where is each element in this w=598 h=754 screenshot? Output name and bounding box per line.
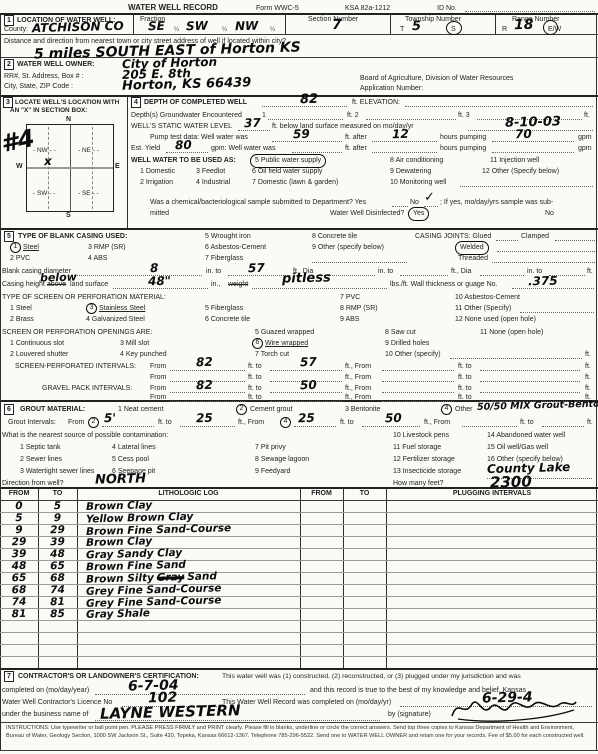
log-text: Gray Shale <box>86 607 150 621</box>
section5-number: 5 <box>4 231 14 242</box>
log-from: 39 <box>4 548 34 561</box>
screen-option-3-number: 3 <box>86 303 97 314</box>
dotted-leader <box>382 393 454 402</box>
openings-option-5: 5 Guazed wrapped <box>255 328 314 337</box>
contamination-option-8: 8 Sewage lagoon <box>255 455 309 464</box>
log-description: Gray Shale <box>86 607 156 621</box>
section2-number: 2 <box>4 59 14 70</box>
contamination-option-15: 15 Oil well/Gas well <box>487 443 548 452</box>
grout-interval-1-to: 25 <box>196 411 213 425</box>
from-label: From <box>150 393 166 402</box>
dotted-leader <box>95 686 305 695</box>
statute-ref: KSA 82a-1212 <box>345 4 390 13</box>
fraction-1-value: SE <box>148 19 165 33</box>
groundwater-1: 1 <box>262 111 266 120</box>
dotted-leader <box>460 178 593 187</box>
col-header-from-2: FROM <box>300 490 343 497</box>
chem-sample-question-wrap: mitted <box>150 209 169 218</box>
pump-test-gpm-value: 70 <box>515 127 532 141</box>
ft-from-label: ft., From <box>238 418 264 427</box>
ft-from-label: ft., From <box>345 393 371 402</box>
dotted-leader <box>405 98 593 107</box>
openings-option-4: 4 Key punched <box>120 350 167 359</box>
col-header-from: FROM <box>0 490 38 497</box>
screen-option-10: 10 Asbestos-Cement <box>455 293 520 302</box>
use-option-3: 3 Feedlot <box>196 167 225 176</box>
openings-option-1: 1 Continuous slot <box>10 339 64 348</box>
county-label: County: <box>4 25 28 34</box>
pump-test-depth-value: 59 <box>293 127 310 141</box>
form-title: WATER WELL RECORD <box>128 3 218 12</box>
chem-sample-question-2: ; If yes, mo/day/yrs sample was sub- <box>440 198 553 207</box>
disinfected-question: Water Well Disinfected? <box>330 209 404 218</box>
openings-option-9: 9 Drilled holes <box>385 339 429 348</box>
water-well-record-form: WATER WELL RECORD Form WWC-5 KSA 82a-121… <box>0 0 598 754</box>
feet-value: 2300 <box>490 472 532 491</box>
casing-height-label-1: Casing height <box>2 280 45 289</box>
casing-height-value: 48" <box>148 274 171 289</box>
ft-from-label: ft., From <box>345 384 371 393</box>
county-value: ATCHISON CO <box>32 19 124 35</box>
log-text-2: Sand <box>187 570 217 583</box>
ft-label: ft. <box>587 418 593 427</box>
casing-title: TYPE OF BLANK CASING USED: <box>18 232 127 241</box>
section4-number: 4 <box>131 97 141 108</box>
no-label: No <box>410 198 419 207</box>
pitless-value: pitless <box>282 270 331 286</box>
certification-text-1: This water well was (1) constructed, (2)… <box>222 672 521 681</box>
log-to: 39 <box>42 536 73 549</box>
dotted-leader <box>382 362 454 371</box>
screen-option-2: 2 Brass <box>10 315 34 324</box>
casing-option-7: 7 Fiberglass <box>205 254 243 263</box>
range-e-circle <box>543 20 558 35</box>
gpm-label: gpm <box>578 144 592 153</box>
well-use-label: WELL WATER TO BE USED AS: <box>131 156 236 165</box>
log-to: 85 <box>42 608 73 621</box>
log-to: 29 <box>42 524 73 537</box>
casing-joints-label: CASING JOINTS: Glued <box>415 232 491 241</box>
ft-to-label: ft. to <box>248 373 262 382</box>
ft-label: ft. <box>585 384 591 393</box>
use-option-12: 12 Other (Specify below) <box>482 167 559 176</box>
grout-option-2-number: 2 <box>236 404 247 415</box>
log-from: 5 <box>4 512 34 525</box>
dotted-leader <box>480 373 580 382</box>
screen-option-4: 4 Galvanized Steel <box>86 315 145 324</box>
screen-option-9: 9 ABS <box>340 315 359 324</box>
openings-option-3: 3 Mill slot <box>120 339 149 348</box>
log-to: 9 <box>42 512 73 525</box>
quarter-symbol: ¼ <box>174 26 179 35</box>
use-option-10: 10 Monitoring well <box>390 178 446 187</box>
dotted-leader <box>382 384 454 393</box>
joints-threaded: Threaded <box>458 254 488 263</box>
grout-interval-1-material: 2 <box>88 417 99 428</box>
ft-label: ft. <box>585 350 591 359</box>
screen-option-1: 1 Steel <box>10 304 32 313</box>
use-option-9: 9 Dewatering <box>390 167 431 176</box>
log-to: 74 <box>42 584 73 597</box>
ft-label: ft. <box>585 362 591 371</box>
casing-option-3: 3 RMP (SR) <box>88 243 126 252</box>
quadrant-sw-label: - SW - - <box>33 189 55 198</box>
fraction-2-value: SW <box>186 19 208 34</box>
screen-interval-to-value: 57 <box>300 355 317 369</box>
depth-label: DEPTH OF COMPLETED WELL <box>144 98 247 107</box>
dotted-leader <box>372 144 437 153</box>
divider <box>0 668 598 670</box>
dotted-leader <box>268 111 343 120</box>
gravel-pack-to-value: 50 <box>300 378 317 392</box>
from-label: From <box>68 418 84 427</box>
ft-to-label: ft. to <box>248 393 262 402</box>
right-border <box>596 13 597 750</box>
section7-number: 7 <box>4 671 14 682</box>
in-to-label: in. to <box>378 267 393 276</box>
license-label: Water Well Contractor's Licence No <box>2 698 112 707</box>
contamination-option-2: 2 Sewer lines <box>20 455 62 464</box>
contamination-option-5: 5 Cess pool <box>112 455 149 464</box>
est-yield-value: 80 <box>175 138 192 152</box>
screen-option-7: 7 PVC <box>340 293 360 302</box>
completed-on-label: completed on (mo/day/year) <box>2 686 89 695</box>
contamination-option-4: 4 Lateral lines <box>112 443 156 452</box>
township-s-circle <box>446 21 462 35</box>
section3-number: 3 <box>3 97 13 108</box>
guage-value: .375 <box>528 274 558 289</box>
screen-option-11: 11 Other (Specify) <box>455 304 511 313</box>
signature-scribble <box>448 694 578 722</box>
from-label: From <box>150 373 166 382</box>
agency-name: Board of Agriculture, Division of Water … <box>360 74 513 83</box>
contamination-option-9: 9 Feedyard <box>255 467 290 476</box>
screen-option-3-stainless: Stainless Steel <box>99 304 145 313</box>
log-from: 48 <box>4 560 34 573</box>
gravel-pack-label: GRAVEL PACK INTERVALS: <box>42 384 132 393</box>
section6-number: 6 <box>4 404 14 415</box>
ft-to-label: ft. to <box>520 418 534 427</box>
use-option-2: 2 Irrigation <box>140 178 173 187</box>
ft-to-label: ft. to <box>340 418 354 427</box>
static-water-level-value: 37 <box>244 116 261 130</box>
ft-to-label: ft. to <box>248 384 262 393</box>
ft-from-label: ft., From <box>345 373 371 382</box>
section1-number: 1 <box>4 15 14 26</box>
screen-option-12: 12 None used (open hole) <box>455 315 536 324</box>
cell-divider <box>133 13 134 34</box>
business-name-value: LAYNE WESTERN <box>100 701 241 723</box>
section3-title-2: AN "X" IN SECTION BOX: <box>10 106 87 115</box>
left-border <box>0 13 1 750</box>
elevation-label: ft. ELEVATION: <box>352 98 400 107</box>
openings-option-8: 8 Saw cut <box>385 328 416 337</box>
ft-dia-label: ft., Dia <box>451 267 471 276</box>
casing-option-8: 8 Concrete tile <box>312 232 357 241</box>
log-from: 9 <box>4 524 34 537</box>
ft-label: ft. <box>585 373 591 382</box>
log-from: 68 <box>4 584 34 597</box>
weight-struck: weight <box>228 280 248 289</box>
in-to-label: in. to <box>206 267 221 276</box>
from-label: From <box>150 362 166 371</box>
dotted-leader <box>366 111 456 120</box>
dotted-leader <box>450 350 582 359</box>
cell-divider <box>285 13 286 34</box>
joints-welded: Welded <box>455 241 489 255</box>
use-option-8: 8 Air conditioning <box>390 156 443 165</box>
disinfected-yes: Yes <box>408 207 429 221</box>
ft-to-label: ft. to <box>458 393 472 402</box>
grout-option-4: Other <box>455 405 473 414</box>
static-water-level-label: WELL'S STATIC WATER LEVEL <box>131 122 232 131</box>
cell-divider <box>495 13 496 34</box>
ft-from-label: ft., From <box>424 418 450 427</box>
grout-option-4-number: 4 <box>441 404 452 415</box>
screen-intervals-label: SCREEN-PERFORATED INTERVALS: <box>15 362 136 371</box>
screen-material-title: TYPE OF SCREEN OR PERFORATION MATERIAL: <box>2 293 166 302</box>
log-to: 5 <box>42 500 73 513</box>
direction-label: Direction from well? <box>2 479 63 488</box>
log-from: 29 <box>4 536 34 549</box>
business-name-label: under the business name of <box>2 710 88 719</box>
dotted-leader <box>170 393 245 402</box>
openings-option-7: 7 Torch cut <box>255 350 289 359</box>
range-value: 18 <box>514 17 534 34</box>
ft-to-label: ft. to <box>458 373 472 382</box>
township-t: T <box>400 25 404 34</box>
log-text: Brown Clay <box>86 499 152 513</box>
hours-pumping-label: hours pumping <box>440 144 486 153</box>
use-option-7: 7 Domestic (lawn & garden) <box>252 178 338 187</box>
groundwater-2: ft. 2 <box>347 111 359 120</box>
log-to: 68 <box>42 572 73 585</box>
disinfected-no: No <box>545 209 554 218</box>
quarter-symbol: ¼ <box>222 26 227 35</box>
grout-option-1: 1 Neat cement <box>118 405 164 414</box>
in-label: in., <box>211 280 220 289</box>
table-column-line <box>300 487 301 668</box>
township-value: 5 <box>412 19 421 34</box>
wall-thickness-label: lbs./ft. Wall thickness or guage No. <box>390 280 498 289</box>
grout-interval-1-from: 5' <box>104 411 116 425</box>
casing-to-ft-value: 57 <box>248 261 265 275</box>
pump-test-label: Pump test data: Well water was <box>150 133 248 142</box>
signature-label: by (signature) <box>388 710 431 719</box>
openings-option-2: 2 Louvered shutter <box>10 350 68 359</box>
compass-s: S <box>66 211 71 220</box>
screen-option-6: 6 Concrete tile <box>205 315 250 324</box>
dotted-leader <box>542 418 584 427</box>
log-from: 65 <box>4 572 34 585</box>
contamination-option-1: 1 Septic tank <box>20 443 60 452</box>
use-option-11: 11 Injection well <box>490 156 539 165</box>
divider <box>0 750 598 751</box>
contamination-option-7: 7 Pit privy <box>255 443 286 452</box>
gravel-pack-from-value: 82 <box>196 378 213 392</box>
grout-interval-2-from: 25 <box>298 411 315 425</box>
log-from: 74 <box>4 596 34 609</box>
contamination-option-13: 13 Insecticide storage <box>393 467 461 476</box>
screen-interval-from-value: 82 <box>196 355 213 369</box>
grout-option-2: Cement grout <box>250 405 292 414</box>
compass-e: E <box>115 162 120 171</box>
divider <box>0 228 598 230</box>
contamination-option-11: 11 Fuel storage <box>393 443 441 452</box>
hours-pumping-label: hours pumping <box>440 133 486 142</box>
gpm-label: gpm <box>578 133 592 142</box>
contamination-option-14: 14 Abandoned water well <box>487 431 565 440</box>
dotted-leader <box>292 144 342 153</box>
dotted-leader <box>462 418 517 427</box>
quarter-symbol: ¼ <box>270 26 275 35</box>
openings-option-10: 10 Other (specify) <box>385 350 441 359</box>
contamination-question: What is the nearest source of possible c… <box>2 431 168 440</box>
quadrant-se-label: - SE - - <box>78 189 99 198</box>
casing-height-below-value: below <box>40 271 77 285</box>
compass-w: W <box>16 162 23 171</box>
dotted-leader <box>312 254 407 263</box>
dotted-leader <box>400 267 448 276</box>
openings-option-6-wire-wrapped: Wire wrapped <box>265 339 308 348</box>
groundwater-3: ft. 3 <box>458 111 470 120</box>
dotted-leader <box>480 384 580 393</box>
casing-option-2: 2 PVC <box>10 254 30 263</box>
col-header-lithologic-log: LITHOLOGIC LOG <box>77 490 300 497</box>
dotted-leader <box>496 232 518 241</box>
dotted-leader <box>480 267 524 276</box>
openings-option-11: 11 None (open hole) <box>480 328 543 337</box>
log-to: 81 <box>42 596 73 609</box>
section-box <box>26 124 114 212</box>
log-struck-text: Gray <box>157 571 185 584</box>
log-to: 65 <box>42 560 73 573</box>
depth-value: 82 <box>300 92 318 107</box>
direction-value: NORTH <box>95 471 146 487</box>
table-column-line <box>386 487 387 668</box>
compass-n: N <box>66 115 71 124</box>
openings-title: SCREEN OR PERFORATION OPENINGS ARE: <box>2 328 152 337</box>
table-column-line <box>343 487 344 668</box>
use-option-4: 4 Industrial <box>196 178 230 187</box>
log-to: 48 <box>42 548 73 561</box>
from-label: From <box>150 384 166 393</box>
owner-address-label: RR#, St. Address, Box # : <box>4 72 83 81</box>
use-option-6: 6 Oil field water supply <box>252 167 322 176</box>
casing-option-1-number: 1 <box>10 242 21 253</box>
chem-no-checkmark: ✓ <box>424 190 435 205</box>
ft-from-label: ft., From <box>345 362 371 371</box>
table-column-line <box>38 487 39 668</box>
section-box-hline <box>27 167 113 169</box>
dotted-leader <box>492 144 574 153</box>
col-header-to-2: TO <box>343 490 386 497</box>
form-number: Form WWC-5 <box>256 4 299 13</box>
section-number-value: 7 <box>332 17 342 33</box>
dotted-leader <box>497 243 595 252</box>
contamination-option-10: 10 Livestock pens <box>393 431 449 440</box>
ft-to-label: ft. to <box>248 362 262 371</box>
use-option-1: 1 Domestic <box>140 167 175 176</box>
grout-option-3: 3 Bentonite <box>345 405 380 414</box>
dotted-leader <box>480 362 580 371</box>
screen-option-5: 5 Fiberglass <box>205 304 243 313</box>
column-divider <box>127 95 128 228</box>
dotted-leader <box>492 133 574 142</box>
col-header-to: TO <box>38 490 77 497</box>
range-r: R <box>502 25 507 34</box>
ft-to-label: ft. to <box>458 362 472 371</box>
grout-interval-2-to: 50 <box>385 411 402 425</box>
openings-option-6-number: 6 <box>252 338 263 349</box>
log-from: 81 <box>4 608 34 621</box>
id-no-label: ID No. <box>437 4 457 13</box>
ft-after-label: ft. after <box>345 133 367 142</box>
table-column-line <box>77 487 78 668</box>
log-from: 0 <box>4 500 34 513</box>
ft-label: ft. <box>584 111 590 120</box>
est-yield-mid: gpm: Well water was <box>211 144 275 153</box>
id-no-line <box>465 3 595 12</box>
contamination-option-3: 3 Watertight sewer lines <box>20 467 94 476</box>
est-yield-label: Est. Yield <box>131 144 160 153</box>
ft-label: ft. <box>587 267 593 276</box>
casing-diameter-value: 8 <box>150 261 159 275</box>
measured-date-value: 8-10-03 <box>505 114 561 130</box>
divider <box>0 722 598 723</box>
joints-clamped: Clamped <box>521 232 549 241</box>
instructions-text: INSTRUCTIONS: Use typewriter or ball poi… <box>6 724 592 740</box>
groundwater-label: Depth(s) Groundwater Encountered <box>131 111 242 120</box>
casing-option-4: 4 ABS <box>88 254 107 263</box>
grout-interval-2-material: 4 <box>280 417 291 428</box>
dotted-leader <box>74 267 202 276</box>
application-number-label: Application Number: <box>360 84 423 93</box>
casing-option-9: 9 Other (specify below) <box>312 243 384 252</box>
owner-city-value: Horton, KS 66439 <box>122 75 252 93</box>
casing-option-6: 6 Asbestos-Cement <box>205 243 266 252</box>
owner-city-label: City, State, ZIP Code : <box>4 82 73 91</box>
record-completed-label: This Water Well Record was completed on … <box>222 698 391 707</box>
screen-option-8: 8 RMP (SR) <box>340 304 378 313</box>
pump-test-hours-value: 12 <box>392 127 409 141</box>
dotted-leader <box>392 198 408 207</box>
casing-option-5: 5 Wrought iron <box>205 232 251 241</box>
cell-divider <box>390 13 391 34</box>
dotted-leader <box>270 393 342 402</box>
divider <box>0 34 598 35</box>
divider <box>0 13 598 15</box>
how-many-feet-label: How many feet? <box>393 479 444 488</box>
quadrant-ne-label: - NE - - <box>78 146 99 155</box>
fraction-3-value: NW <box>235 19 259 34</box>
ft-to-label: ft. to <box>458 384 472 393</box>
use-option-5-public-water-supply: 5 Public water supply <box>250 154 326 168</box>
well-x-mark: x <box>44 154 52 168</box>
chem-sample-question: Was a chemical/bacteriological sample su… <box>150 198 366 207</box>
casing-option-1-steel: Steel <box>23 243 39 252</box>
grout-title: GROUT MATERIAL: <box>20 405 85 414</box>
ft-after-label: ft. after <box>345 144 367 153</box>
ft-to-label: ft. to <box>158 418 172 427</box>
dotted-leader <box>382 373 454 382</box>
dotted-leader <box>520 304 594 313</box>
dotted-leader <box>555 232 595 241</box>
grout-intervals-label: Grout Intervals: <box>8 418 56 427</box>
contamination-option-12: 12 Fertilizer storage <box>393 455 455 464</box>
dotted-leader <box>492 254 595 263</box>
